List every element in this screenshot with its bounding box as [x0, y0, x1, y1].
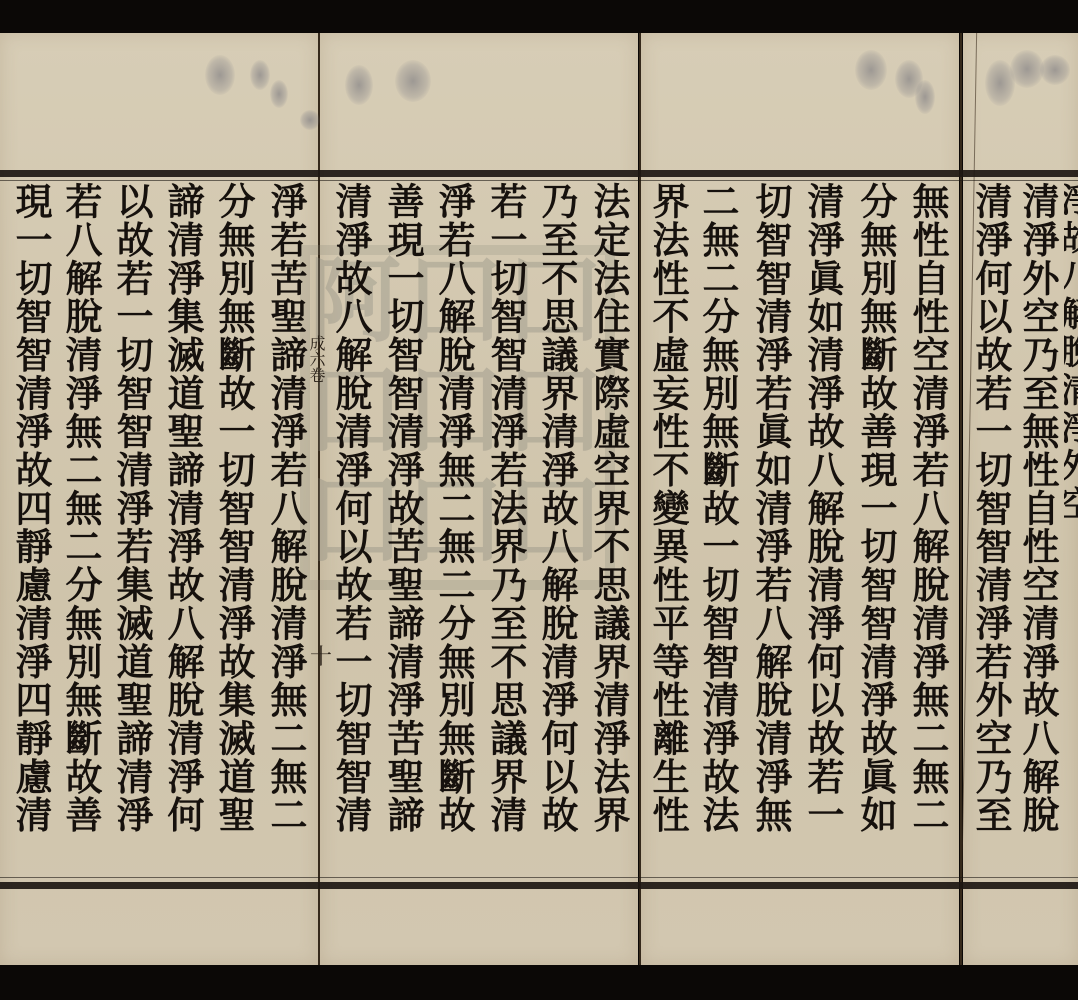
text-column: 界法性不虛妄性不變異性平等性離生性 — [642, 182, 694, 876]
text-column: 若八解脫清淨無二無二分無別無斷故善 — [55, 182, 107, 876]
text-column-edge: 淨故八解脫清淨外空 — [1064, 182, 1078, 876]
ink-smudge — [395, 60, 431, 102]
ink-smudge — [1010, 50, 1044, 88]
text-column: 淨若八解脫清淨無二無二分無別無斷故 — [428, 182, 480, 876]
top-border-rule — [0, 170, 1078, 177]
text-column: 無性自性空清淨若八解脫清淨無二無二 — [902, 182, 954, 876]
text-column: 諦清淨集滅道聖諦清淨故八解脫清淨何 — [157, 182, 209, 876]
scanned-page: 阿 囗 囗 囗 囗 囗 囗 囗 囗 淨故八解脫清淨外空 清淨外空乃至無性自性空清… — [0, 0, 1078, 1000]
text-column: 清淨何以故若一切智智清淨若外空乃至 — [965, 182, 1017, 876]
text-column: 法定法住實際虛空界不思議界清淨法界 — [583, 182, 635, 876]
text-column: 清淨外空乃至無性自性空清淨故八解脫 — [1012, 182, 1064, 876]
bottom-border-rule — [0, 882, 1078, 889]
ink-smudge — [915, 80, 935, 114]
text-column: 分無別無斷故善現一切智智清淨故眞如 — [850, 182, 902, 876]
text-column: 善現一切智智清淨故苦聖諦清淨苦聖諦 — [377, 182, 429, 876]
text-column: 乃至不思議界清淨故八解脫清淨何以故 — [531, 182, 583, 876]
text-column: 以故若一切智智清淨若集滅道聖諦清淨 — [106, 182, 158, 876]
ink-smudge — [855, 50, 887, 90]
text-column: 清淨眞如清淨故八解脫清淨何以故若一 — [797, 182, 849, 876]
text-column: 清淨故八解脫清淨何以故若一切智智清 — [325, 182, 377, 876]
text-column: 淨若苦聖諦清淨若八解脫清淨無二無二 — [260, 182, 312, 876]
page-number: 十 — [310, 640, 332, 671]
text-column: 二無二分無別無斷故一切智智清淨故法 — [692, 182, 744, 876]
ink-smudge — [300, 110, 320, 130]
ink-smudge — [345, 65, 373, 105]
ink-smudge — [1040, 55, 1070, 85]
ink-smudge — [250, 60, 270, 90]
text-column: 若一切智智清淨若法界乃至不思議界清 — [480, 182, 532, 876]
bottom-inner-rule — [0, 877, 1078, 878]
text-column: 現一切智智清淨故四靜慮清淨四靜慮清 — [5, 182, 57, 876]
text-column: 分無別無斷故一切智智清淨故集滅道聖 — [208, 182, 260, 876]
ink-smudge — [205, 55, 235, 95]
text-column: 切智智清淨若眞如清淨若八解脫清淨無 — [745, 182, 797, 876]
top-inner-rule — [0, 180, 1078, 181]
ink-smudge — [270, 80, 288, 108]
